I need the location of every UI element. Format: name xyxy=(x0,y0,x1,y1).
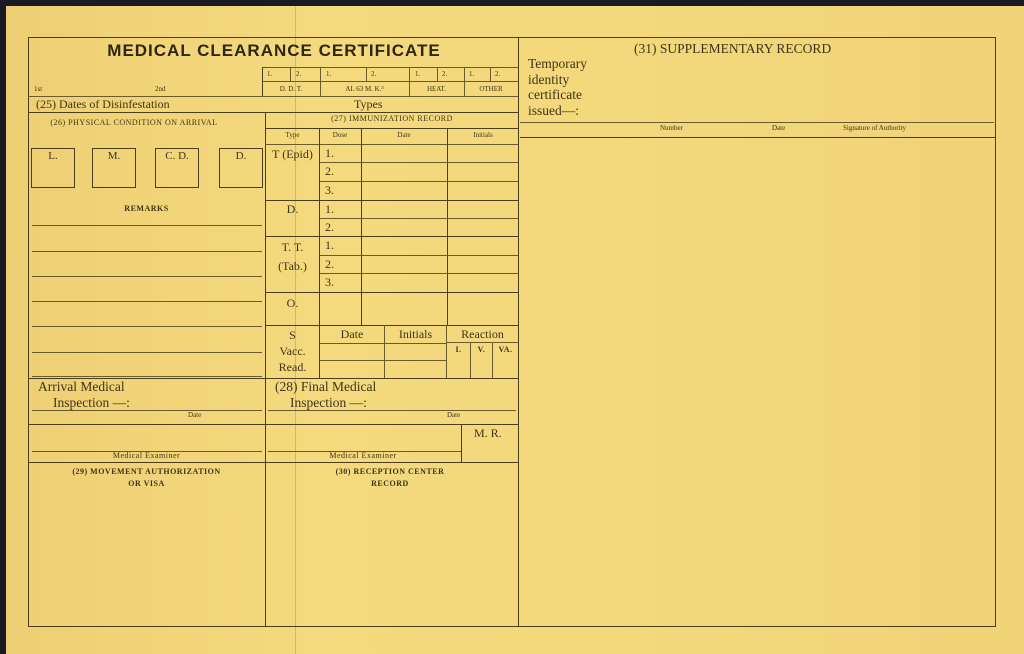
condition-box-l[interactable]: L. xyxy=(31,148,75,188)
immun-line xyxy=(265,200,518,201)
physical-condition-label: (26) PHYSICAL CONDITION ON ARRIVAL xyxy=(34,117,234,128)
col-number: Number xyxy=(660,124,683,132)
temp-id-line: Temporary xyxy=(528,56,587,72)
final-date-label: Date xyxy=(447,411,460,419)
smallpox-line xyxy=(320,343,446,344)
reception-label: (30) RECEPTION CENTER RECORD xyxy=(290,466,490,490)
smallpox-line xyxy=(447,342,518,343)
header-type: Type xyxy=(266,131,319,139)
movement-line1: (29) MOVEMENT AUTHORIZATION xyxy=(28,466,265,478)
type-heat: HEAT. xyxy=(409,85,464,93)
center-divider xyxy=(518,37,519,627)
type-num: 1. xyxy=(326,70,331,78)
arrival-line1: Arrival Medical xyxy=(38,379,130,395)
reception-field[interactable] xyxy=(268,495,516,625)
type-num: 2. xyxy=(442,70,447,78)
immun-line xyxy=(265,236,518,237)
temp-id-line: issued—: xyxy=(528,103,587,119)
type-other: OTHER xyxy=(464,85,518,93)
temp-id-line: identity xyxy=(528,72,587,88)
final-line2: Inspection —: xyxy=(275,395,376,411)
types-label: Types xyxy=(354,97,383,112)
smallpox-read: Read. xyxy=(266,359,319,375)
mr-label: M. R. xyxy=(474,426,502,441)
col-date: Date xyxy=(772,124,785,132)
header-dose: Dose xyxy=(320,131,360,139)
immun-line xyxy=(320,255,518,256)
type-num: 1. xyxy=(267,70,272,78)
immun-col-sep xyxy=(447,128,448,325)
reaction-va: VA. xyxy=(493,345,518,354)
temp-id-line: certificate xyxy=(528,87,587,103)
condition-box-m[interactable]: M. xyxy=(92,148,136,188)
dose: 1. xyxy=(325,146,334,161)
dose: 3. xyxy=(325,275,334,290)
box-label: C. D. xyxy=(156,150,198,162)
smallpox-label: S Vacc. Read. xyxy=(266,327,319,375)
disinfestation-label: (25) Dates of Disinfestation xyxy=(36,97,170,112)
type-al63: AL 63 M. K.³ xyxy=(320,85,409,93)
immun-col-sep xyxy=(319,128,320,325)
condition-box-cd[interactable]: C. D. xyxy=(155,148,199,188)
reaction-v: V. xyxy=(471,345,492,354)
immun-line xyxy=(320,218,518,219)
types-subsep xyxy=(490,67,491,81)
section-line xyxy=(28,462,518,463)
arrival-date-field[interactable] xyxy=(32,410,262,411)
type-num: 2. xyxy=(296,70,301,78)
immun-line xyxy=(320,273,518,274)
reaction-i: I. xyxy=(447,345,470,354)
header-date: Date xyxy=(361,131,447,139)
remarks-line[interactable] xyxy=(32,251,262,252)
smallpox-s: S xyxy=(266,327,319,343)
type-num: 1. xyxy=(469,70,474,78)
dose: 1. xyxy=(325,238,334,253)
movement-field[interactable] xyxy=(30,495,263,625)
type-num: 2. xyxy=(371,70,376,78)
temp-id-entry-line[interactable] xyxy=(520,122,994,123)
types-subsep xyxy=(437,67,438,81)
reception-line2: RECORD xyxy=(290,478,490,490)
remarks-line[interactable] xyxy=(32,225,262,226)
arrival-date-label: Date xyxy=(188,411,201,419)
movement-label: (29) MOVEMENT AUTHORIZATION OR VISA xyxy=(28,466,265,490)
type-num: 2. xyxy=(495,70,500,78)
movement-line2: OR VISA xyxy=(28,478,265,490)
immun-line xyxy=(265,292,518,293)
type-ddt: D. D. T. xyxy=(262,85,320,93)
smallpox-initials-header: Initials xyxy=(385,327,446,342)
types-mid-line xyxy=(262,81,518,82)
dose: 3. xyxy=(325,183,334,198)
box-label: D. xyxy=(220,150,262,162)
section-line xyxy=(265,424,518,425)
dose: 2. xyxy=(325,164,334,179)
header-initials: Initials xyxy=(448,131,518,139)
box-label: M. xyxy=(93,150,135,162)
types-subsep xyxy=(290,67,291,81)
col-1st-label: 1st xyxy=(34,85,42,93)
page-title: MEDICAL CLEARANCE CERTIFICATE xyxy=(30,41,518,61)
supplementary-label: (31) SUPPLEMENTARY RECORD xyxy=(634,41,831,57)
type-d: D. xyxy=(266,202,319,217)
condition-box-d[interactable]: D. xyxy=(219,148,263,188)
arrival-line2: Inspection —: xyxy=(38,395,130,411)
remarks-line[interactable] xyxy=(32,376,262,377)
arrival-inspection-label: Arrival Medical Inspection —: xyxy=(38,379,130,411)
mr-sep xyxy=(461,424,462,462)
final-date-field[interactable] xyxy=(268,410,516,411)
immun-line xyxy=(265,144,518,145)
remarks-label: REMARKS xyxy=(28,204,265,213)
dose: 2. xyxy=(325,220,334,235)
type-o: O. xyxy=(266,296,319,311)
smallpox-date-header: Date xyxy=(320,327,384,342)
final-examiner-label: Medical Examiner xyxy=(265,451,461,460)
remarks-line[interactable] xyxy=(32,326,262,327)
section-line xyxy=(28,112,518,113)
remarks-line[interactable] xyxy=(32,301,262,302)
type-tt-tab: T. T. (Tab.) xyxy=(266,238,319,276)
smallpox-vacc: Vacc. xyxy=(266,343,319,359)
box-label: L. xyxy=(32,150,74,162)
type-num: 1. xyxy=(415,70,420,78)
reception-line1: (30) RECEPTION CENTER xyxy=(290,466,490,478)
supplementary-record-area[interactable] xyxy=(522,140,992,624)
section-line xyxy=(520,137,996,138)
immun-line xyxy=(320,181,518,182)
remarks-line[interactable] xyxy=(32,352,262,353)
immunization-label: (27) IMMUNIZATION RECORD xyxy=(266,114,518,123)
remarks-line[interactable] xyxy=(32,276,262,277)
immun-line xyxy=(265,325,518,326)
section-line xyxy=(28,424,265,425)
final-inspection-label: (28) Final Medical Inspection —: xyxy=(275,379,376,411)
types-top-line xyxy=(262,67,518,68)
final-line1: (28) Final Medical xyxy=(275,379,376,395)
immun-col-sep xyxy=(361,128,362,325)
col-signature: Signature of Authority xyxy=(843,124,906,132)
arrival-examiner-label: Medical Examiner xyxy=(28,451,265,460)
col-2nd-label: 2nd xyxy=(155,85,166,93)
smallpox-line xyxy=(320,360,446,361)
immun-line xyxy=(265,128,518,129)
smallpox-reaction-header: Reaction xyxy=(447,327,518,342)
types-subsep xyxy=(366,67,367,81)
temp-id-label: Temporary identity certificate issued—: xyxy=(528,56,587,118)
type-t-epid: T (Epid) xyxy=(266,146,319,163)
dose: 2. xyxy=(325,257,334,272)
dose: 1. xyxy=(325,202,334,217)
immun-line xyxy=(320,162,518,163)
